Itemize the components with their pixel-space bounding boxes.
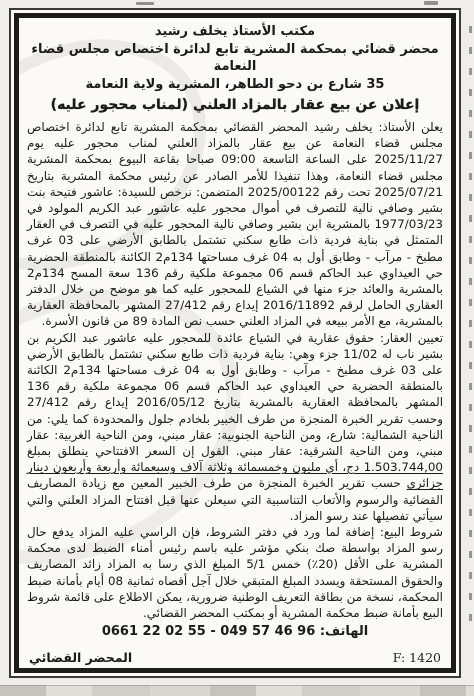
office-address: 35 شارع بن دحو الطاهر، المشرية ولاية الن… — [27, 76, 443, 94]
outer-border-frame: مكتب الأستاذ يخلف رشيد محضر قضائي بمحكمة… — [9, 8, 461, 678]
scan-speck — [136, 2, 154, 5]
scan-artifact-band — [0, 685, 474, 696]
newspaper-clipping: مكتب الأستاذ يخلف رشيد محضر قضائي بمحكمة… — [0, 0, 474, 696]
phone-numbers: 0661 22 02 55 - 049 57 46 96 — [102, 624, 315, 639]
sale-conditions-paragraph: شروط البيع: إضافة لما ورد في دفتر الشروط… — [27, 524, 443, 621]
designation-continuation: حسب تقرير الخبرة المنجزة من طرف الخبير ا… — [27, 476, 443, 522]
intro-paragraph: يعلن الأستاذ: يخلف رشيد المحضر القضائي ب… — [27, 119, 443, 330]
reference-number: F: 1420 — [393, 650, 441, 665]
announcement-title: إعلان عن بيع عقار بالمزاد العلني (لمناب … — [27, 96, 443, 115]
adjacent-column-border — [469, 26, 472, 626]
scan-speck — [424, 1, 438, 5]
phone-label: الهاتف: — [320, 624, 368, 639]
notice-content: مكتب الأستاذ يخلف رشيد محضر قضائي بمحكمة… — [27, 23, 443, 665]
phone-line: الهاتف: 0661 22 02 55 - 049 57 46 96 — [27, 624, 443, 639]
bailiff-role-line: محضر قضائي بمحكمة المشرية تابع لدائرة اخ… — [27, 41, 443, 76]
footer-row: المحضر القضائي F: 1420 — [27, 648, 443, 665]
office-name: مكتب الأستاذ يخلف رشيد — [27, 23, 443, 41]
property-designation-paragraph: تعيين العقار: حقوق عقارية في الشياع عائد… — [27, 330, 443, 524]
inner-border-frame: مكتب الأستاذ يخلف رشيد محضر قضائي بمحكمة… — [14, 13, 456, 673]
designation-text: تعيين العقار: حقوق عقارية في الشياع عائد… — [27, 331, 443, 458]
bailiff-signature-label: المحضر القضائي — [29, 650, 132, 665]
